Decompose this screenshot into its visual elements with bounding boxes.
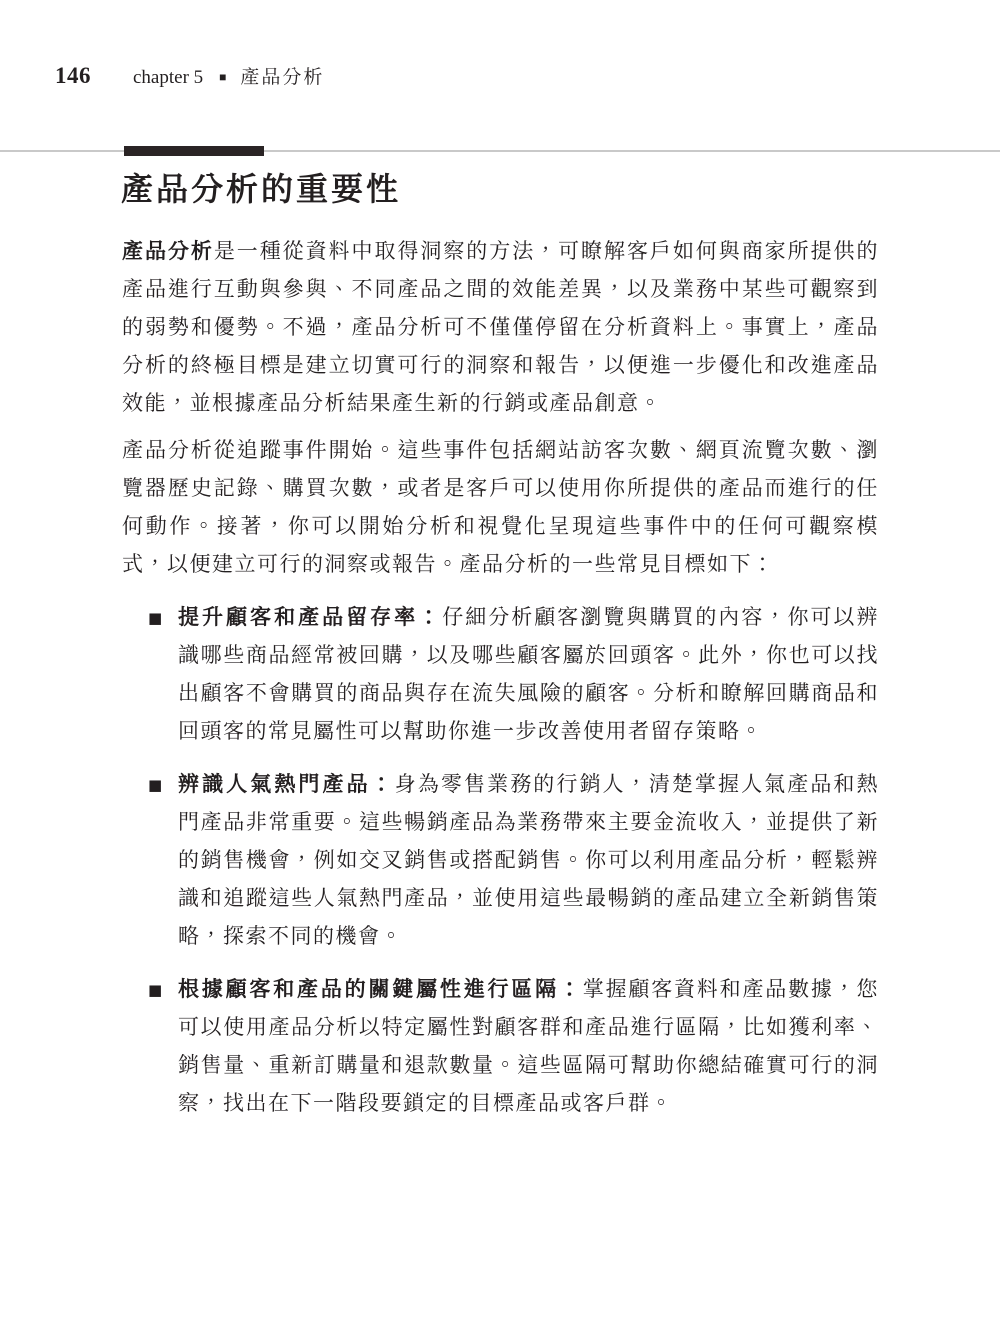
list-item: ■根據顧客和產品的關鍵屬性進行區隔：掌握顧客資料和產品數據，您可以使用產品分析以… xyxy=(122,970,879,1122)
paragraph-1: 產品分析是一種從資料中取得洞察的方法，可瞭解客戶如何與商家所提供的產品進行互動與… xyxy=(122,232,879,422)
paragraph-text: 是一種從資料中取得洞察的方法，可瞭解客戶如何與商家所提供的產品進行互動與參與、不… xyxy=(122,239,879,415)
section-divider xyxy=(0,146,1000,156)
list-item: ■提升顧客和產品留存率：仔細分析顧客瀏覽與購買的內容，你可以辨識哪些商品經常被回… xyxy=(122,598,879,750)
bullet-square-icon: ■ xyxy=(148,766,164,804)
paragraph-text: 產品分析從追蹤事件開始。這些事件包括網站訪客次數、網頁流覽次數、瀏覽器歷史記錄、… xyxy=(122,438,879,576)
paragraph-2: 產品分析從追蹤事件開始。這些事件包括網站訪客次數、網頁流覽次數、瀏覽器歷史記錄、… xyxy=(122,431,879,583)
bullet-square-icon: ■ xyxy=(148,599,164,637)
page-header: 146 chapter 5 ■ 產品分析 xyxy=(55,62,324,89)
body-text: 產品分析是一種從資料中取得洞察的方法，可瞭解客戶如何與商家所提供的產品進行互動與… xyxy=(122,232,879,1137)
bullet-lead-bold: 根據顧客和產品的關鍵屬性進行區隔： xyxy=(178,977,583,1001)
divider-accent-bar xyxy=(124,146,264,156)
bullet-square-icon: ■ xyxy=(148,971,164,1009)
paragraph-lead-bold: 產品分析 xyxy=(122,239,214,263)
page-number: 146 xyxy=(55,63,91,89)
bullet-text: 身為零售業務的行銷人，清楚掌握人氣產品和熱門產品非常重要。這些暢銷產品為業務帶來… xyxy=(178,772,879,948)
bullet-lead-bold: 提升顧客和產品留存率： xyxy=(178,605,442,629)
square-separator-icon: ■ xyxy=(219,70,226,85)
chapter-label: chapter 5 xyxy=(133,67,203,89)
list-item: ■辨識人氣熱門產品：身為零售業務的行銷人，清楚掌握人氣產品和熱門產品非常重要。這… xyxy=(122,765,879,955)
section-title: 產品分析的重要性 xyxy=(121,164,401,210)
chapter-title: 產品分析 xyxy=(240,62,324,89)
bullet-lead-bold: 辨識人氣熱門產品： xyxy=(178,772,395,796)
bullet-list: ■提升顧客和產品留存率：仔細分析顧客瀏覽與購買的內容，你可以辨識哪些商品經常被回… xyxy=(122,598,879,1122)
